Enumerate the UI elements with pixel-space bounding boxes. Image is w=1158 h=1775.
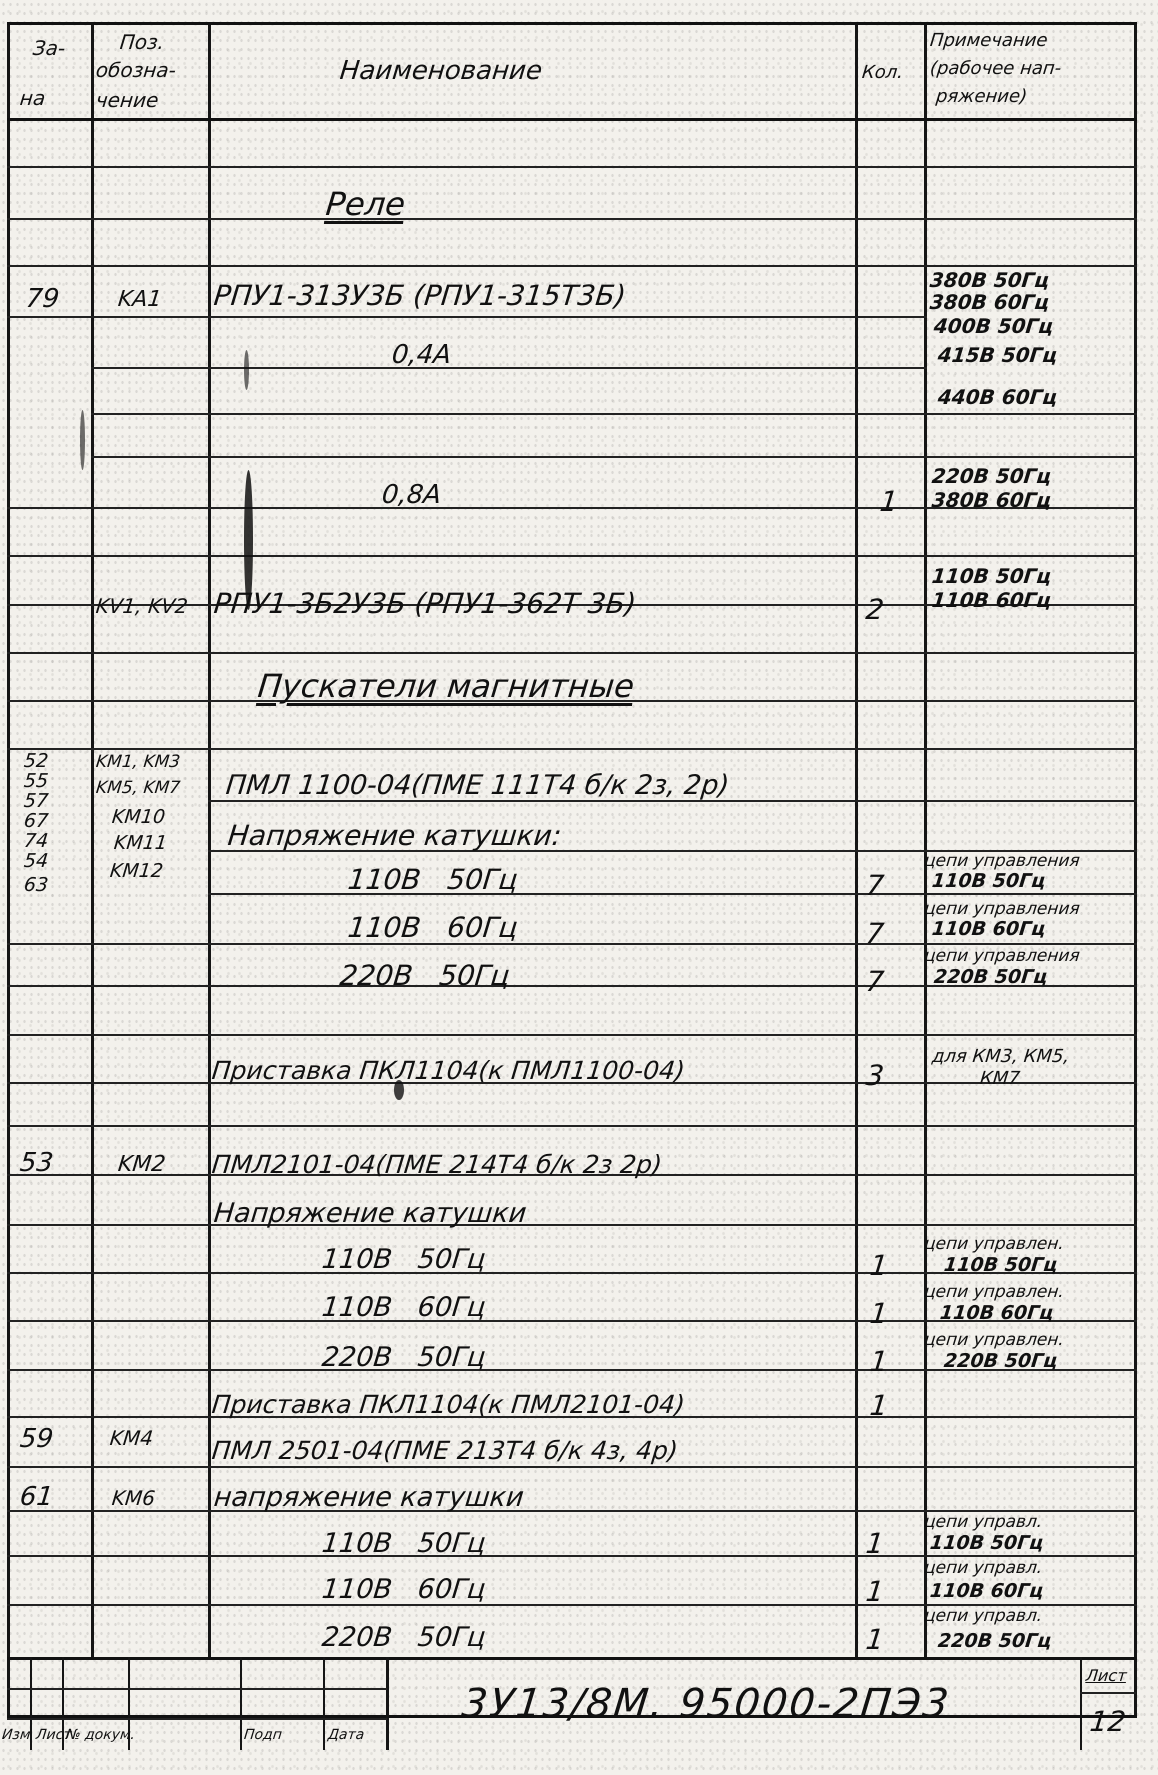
row-note: 440В 60Гц (937, 387, 1058, 407)
row-quantity: 1 (869, 1300, 890, 1328)
section-title-relays: Реле (324, 188, 406, 220)
row-zone: 61 (19, 1484, 55, 1510)
row-name: 0,8А (381, 482, 443, 508)
row-note: 400В 50Гц (933, 316, 1054, 336)
row-name: 110В 60Гц (321, 1576, 487, 1603)
row-position: KM6 (111, 1488, 156, 1508)
row-quantity: 1 (865, 1530, 886, 1558)
row-name: ПМЛ2101-04(ПМЕ 214Т4 б/к 2з 2р) (211, 1152, 664, 1177)
row-note: цепи управл. (923, 1608, 1043, 1626)
header-qty: Кол. (861, 64, 904, 82)
row-note: для КМ3, КМ5, (931, 1048, 1070, 1067)
row-zone: 74 (23, 832, 49, 851)
row-note: цепи управления (923, 948, 1081, 966)
row-note: 110В 50Гц (929, 1534, 1044, 1553)
rule (7, 1125, 1137, 1127)
row-note: 110В 50Гц (931, 566, 1052, 586)
rule (7, 555, 1137, 557)
ink-smudge (80, 410, 85, 470)
row-name: Напряжение катушки (213, 1200, 528, 1227)
row-zone: 63 (23, 876, 49, 895)
header-zone-1: За- (32, 38, 66, 58)
tb-rule (7, 1688, 387, 1690)
row-zone: 53 (19, 1150, 55, 1176)
row-position: KM5, KM7 (95, 780, 181, 797)
row-note: 110В 50Гц (943, 1256, 1058, 1275)
rule-col-name (855, 22, 858, 1657)
row-zone: 57 (23, 792, 49, 811)
rule (7, 265, 1137, 267)
row-name: 0,4А (391, 342, 453, 368)
row-position: KM10 (111, 808, 166, 827)
rule (7, 1466, 1137, 1468)
row-name: 110В 60Гц (347, 914, 520, 942)
row-zone: 55 (23, 772, 49, 791)
row-position: KM12 (109, 862, 164, 881)
tb-label-signature: Подп (243, 1728, 282, 1742)
row-position: KA1 (117, 289, 163, 311)
row-name: ПМЛ 1100-04(ПМЕ 111Т4 б/к 2з, 2р) (225, 772, 731, 799)
row-note: 415В 50Гц (937, 345, 1058, 365)
row-quantity: 1 (865, 1626, 886, 1654)
rule (7, 218, 1137, 220)
section-title-starters: Пускатели магнитные (256, 670, 635, 702)
row-note: КМ7 (979, 1070, 1021, 1089)
row-note: цепи управления (923, 901, 1081, 919)
rule (7, 1224, 1137, 1226)
ink-smudge (394, 1080, 404, 1100)
tb-label-doc-no: № докум. (65, 1728, 135, 1742)
row-position: KV1, KV2 (95, 596, 189, 616)
row-note: 110В 60Гц (929, 1582, 1044, 1601)
tb-rule (1080, 1692, 1136, 1694)
row-name: Приставка ПКЛ1104(к ПМЛ2101-04) (211, 1392, 686, 1417)
header-zone-2: на (19, 88, 46, 108)
row-name: 220В 50Гц (321, 1344, 487, 1371)
row-note: цепи управлен. (923, 1236, 1065, 1254)
border-right (1134, 22, 1137, 1717)
document-number: 3У13/8М. 95000-2ПЭ3 (460, 1684, 952, 1724)
row-name: напряжение катушки (213, 1484, 526, 1511)
row-note: цепи управления (923, 853, 1081, 871)
tb-label-date: Дата (327, 1728, 365, 1742)
row-quantity: 2 (865, 596, 886, 624)
row-quantity: 3 (865, 1062, 886, 1090)
header-note-2: (рабочее нап- (929, 60, 1062, 78)
row-name: Напряжение катушки: (227, 822, 563, 850)
rule-col-zone (91, 22, 94, 1657)
row-note: 110В 60Гц (939, 1304, 1054, 1323)
border-left (7, 22, 10, 1717)
row-zone: 59 (19, 1426, 55, 1452)
row-name: 110В 50Гц (347, 866, 520, 894)
row-name: РПУ1-3Б2У3Б (РПУ1-362Т 3Б) (213, 590, 638, 618)
row-quantity: 7 (865, 968, 886, 996)
row-quantity: 1 (869, 1392, 890, 1420)
ink-smudge (244, 470, 253, 610)
rule (91, 456, 1137, 458)
tb-rule (386, 1657, 389, 1750)
row-name: ПМЛ 2501-04(ПМЕ 213Т4 б/к 4з, 4р) (211, 1438, 679, 1463)
row-note: 220В 50Гц (943, 1352, 1058, 1371)
row-name: 220В 50Гц (339, 962, 512, 990)
rule-top (7, 22, 1137, 25)
tb-sheet-label: Лист (1085, 1668, 1127, 1684)
header-note-3: ряжение) (935, 88, 1028, 106)
tb-rule (240, 1657, 242, 1750)
row-quantity: 1 (869, 1252, 890, 1280)
row-note: 110В 60Гц (931, 590, 1052, 610)
header-note-1: Примечание (929, 32, 1048, 50)
rule (7, 943, 1137, 945)
sheet-number: 12 (1089, 1708, 1128, 1736)
tb-rule (7, 1718, 387, 1720)
ink-smudge (244, 350, 249, 390)
row-quantity: 1 (869, 1348, 890, 1376)
row-position: KM2 (117, 1154, 167, 1176)
row-note: 110В 50Гц (931, 872, 1046, 891)
row-position: KM11 (113, 834, 168, 853)
row-name: Приставка ПКЛ1104(к ПМЛ1100-04) (211, 1058, 686, 1083)
row-name: 110В 50Гц (321, 1246, 487, 1273)
row-note: 380В 60Гц (931, 490, 1052, 510)
rule-title-block-top (7, 1657, 1137, 1660)
rule (7, 748, 1137, 750)
row-quantity: 1 (879, 488, 900, 516)
rule (91, 413, 1137, 415)
row-quantity: 7 (865, 872, 886, 900)
row-note: цепи управл. (923, 1560, 1043, 1578)
row-note: 220В 50Гц (933, 968, 1048, 987)
row-note: 220В 50Гц (931, 466, 1052, 486)
row-zone: 79 (25, 286, 61, 312)
row-name: 110В 60Гц (321, 1294, 487, 1321)
row-zone: 54 (23, 852, 49, 871)
row-quantity: 1 (865, 1578, 886, 1606)
header-pos-3: чение (95, 90, 160, 110)
row-note: цепи управл. (923, 1514, 1043, 1532)
tb-rule (1080, 1657, 1082, 1750)
header-pos-2: обозна- (95, 60, 177, 80)
row-zone: 67 (23, 812, 49, 831)
row-position: KM1, KM3 (95, 754, 181, 771)
row-quantity: 7 (865, 920, 886, 948)
rule (7, 316, 927, 318)
row-name: 110В 50Гц (321, 1530, 487, 1557)
rule (7, 1034, 1137, 1036)
specification-sheet: За- на Поз. обозна- чение Наименование К… (0, 0, 1158, 1775)
rule-header-bottom (7, 118, 1137, 121)
header-name: Наименование (339, 58, 544, 84)
row-note: цепи управлен. (923, 1284, 1065, 1302)
row-name: 220В 50Гц (321, 1624, 487, 1651)
tb-rule (323, 1657, 325, 1750)
row-position: KM4 (109, 1428, 154, 1448)
header-pos-1: Поз. (119, 32, 165, 52)
row-note: 380В 60Гц (929, 292, 1050, 312)
rule (7, 1555, 1137, 1557)
rule-col-qty (924, 22, 927, 1657)
row-note: 110В 60Гц (931, 920, 1046, 939)
tb-label-change: Изм (1, 1728, 31, 1742)
row-note: цепи управлен. (923, 1332, 1065, 1350)
row-zone: 52 (23, 752, 49, 771)
row-name: РПУ1-313У3Б (РПУ1-315Т3Б) (213, 282, 628, 310)
rule (7, 166, 1137, 168)
rule (91, 367, 927, 369)
rule (7, 652, 1137, 654)
row-note: 380В 50Гц (929, 270, 1050, 290)
row-note: 220В 50Гц (937, 1632, 1052, 1651)
